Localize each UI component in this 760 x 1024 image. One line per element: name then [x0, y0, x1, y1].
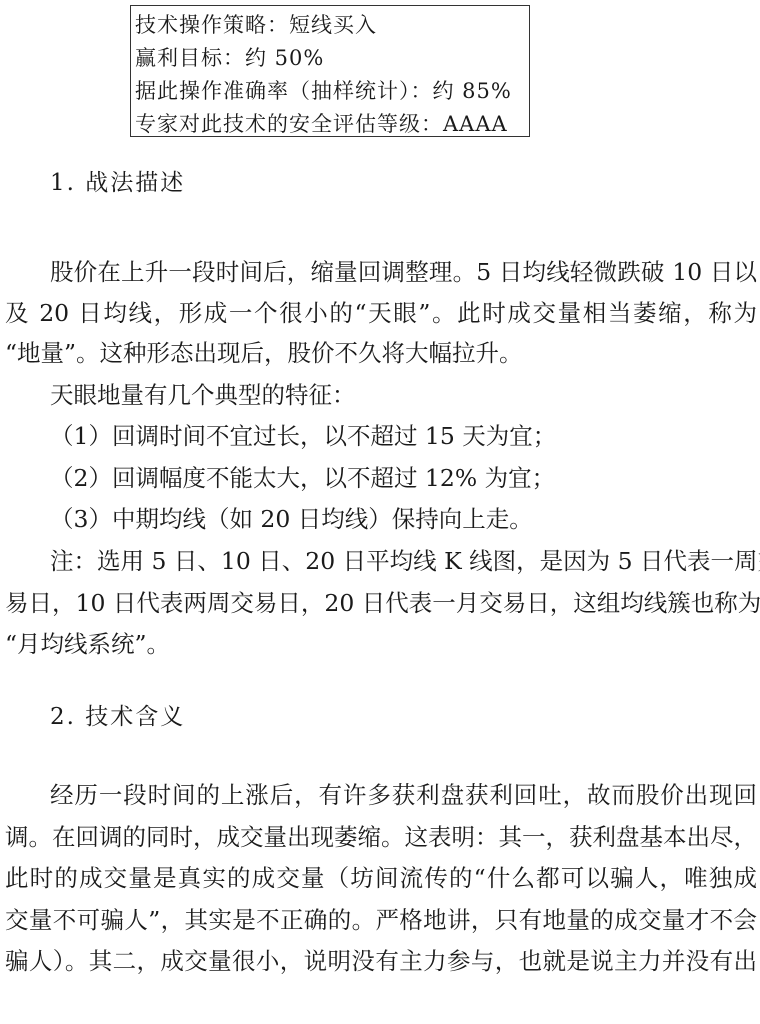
paragraph-line: 调。在回调的同时，成交量出现萎缩。这表明：其一，获利盘基本出尽，: [5, 822, 757, 852]
list-item: （2）回调幅度不能太大，以不超过 12% 为宜；: [50, 463, 757, 493]
paragraph-line: 及 20 日均线，形成一个很小的“天眼”。此时成交量相当萎缩，称为: [5, 298, 757, 328]
note-line: 易日，10 日代表两周交易日，20 日代表一月交易日，这组均线簇也称为: [5, 588, 757, 618]
section-heading-2: 2. 技术含义: [50, 702, 185, 732]
strategy-row: 技术操作策略：短线买入: [135, 9, 529, 42]
paragraph-line: 此时的成交量是真实的成交量（坊间流传的“什么都可以骗人，唯独成: [5, 863, 757, 893]
paragraph-line: 经历一段时间的上涨后，有许多获利盘获利回吐，故而股价出现回: [50, 780, 757, 810]
paragraph-line: 交量不可骗人”，其实是不正确的。严格地讲，只有地量的成交量才不会: [5, 905, 757, 935]
paragraph-line: 骗人）。其二，成交量很小，说明没有主力参与，也就是说主力并没有出: [5, 946, 757, 976]
list-item: （3）中期均线（如 20 日均线）保持向上走。: [50, 504, 757, 534]
section-heading-1: 1. 战法描述: [50, 168, 185, 198]
paragraph-line: 股价在上升一段时间后，缩量回调整理。5 日均线轻微跌破 10 日以: [50, 257, 757, 287]
paragraph-line: “地量”。这种形态出现后，股价不久将大幅拉升。: [5, 338, 757, 368]
profit-target-row: 赢利目标：约 50%: [135, 42, 529, 75]
note-line: 注：选用 5 日、10 日、20 日平均线 K 线图，是因为 5 日代表一周交: [50, 546, 757, 576]
note-line: “月均线系统”。: [5, 629, 757, 659]
paragraph-line: 天眼地量有几个典型的特征：: [50, 380, 757, 410]
accuracy-row: 据此操作准确率（抽样统计）：约 85%: [135, 75, 529, 108]
safety-rating-row: 专家对此技术的安全评估等级：AAAA: [135, 108, 529, 141]
strategy-info-box: 技术操作策略：短线买入 赢利目标：约 50% 据此操作准确率（抽样统计）：约 8…: [130, 5, 530, 137]
list-item: （1）回调时间不宜过长，以不超过 15 天为宜；: [50, 421, 757, 451]
